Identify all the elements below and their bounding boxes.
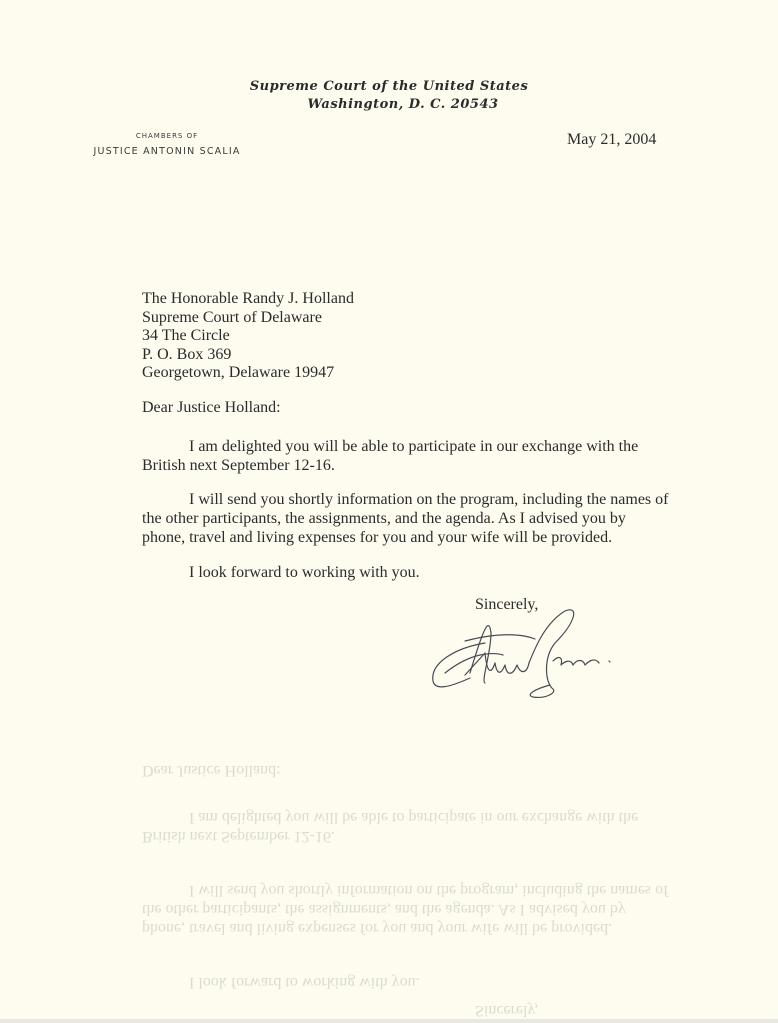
body-paragraph: I look forward to working with you. <box>142 563 672 582</box>
body-paragraph: I am delighted you will be able to parti… <box>142 437 672 475</box>
bleed-line: phone, travel and living expenses for yo… <box>142 919 612 938</box>
letter-date: May 21, 2004 <box>567 131 656 149</box>
letterhead-court-name: Supreme Court of the United States <box>0 78 778 96</box>
recipient-line: Georgetown, Delaware 19947 <box>142 364 354 383</box>
signature-icon <box>425 603 625 703</box>
bleed-line: Sincerely, <box>475 1001 538 1020</box>
bleed-line: I will send you shortly information on t… <box>189 881 668 900</box>
bleed-line: I look forward to working with you. <box>189 973 420 992</box>
bleed-line: British next September 12-16. <box>142 827 335 846</box>
chambers-block: CHAMBERS OF JUSTICE ANTONIN SCALIA <box>72 130 262 160</box>
page-bottom-edge <box>0 1019 778 1023</box>
recipient-line: 34 The Circle <box>142 327 354 346</box>
recipient-address: The Honorable Randy J. Holland Supreme C… <box>142 290 354 383</box>
chambers-label: CHAMBERS OF <box>72 130 262 142</box>
letterhead: Supreme Court of the United States Washi… <box>0 78 778 114</box>
recipient-line: Supreme Court of Delaware <box>142 309 354 328</box>
chambers-justice-name: JUSTICE ANTONIN SCALIA <box>72 144 262 160</box>
bleed-through-text: Dear Justice Holland: I am delighted you… <box>0 750 778 1020</box>
letterhead-address: Washington, D. C. 20543 <box>28 96 778 114</box>
recipient-line: P. O. Box 369 <box>142 346 354 365</box>
recipient-line: The Honorable Randy J. Holland <box>142 290 354 309</box>
letter-page: Supreme Court of the United States Washi… <box>0 0 778 1019</box>
bleed-line: Dear Justice Holland: <box>142 761 281 780</box>
salutation: Dear Justice Holland: <box>142 398 281 417</box>
body-paragraph: I will send you shortly information on t… <box>142 490 672 547</box>
bleed-line: I am delighted you will be able to parti… <box>189 808 638 827</box>
bleed-line: the other participants, the assignments,… <box>142 900 626 919</box>
